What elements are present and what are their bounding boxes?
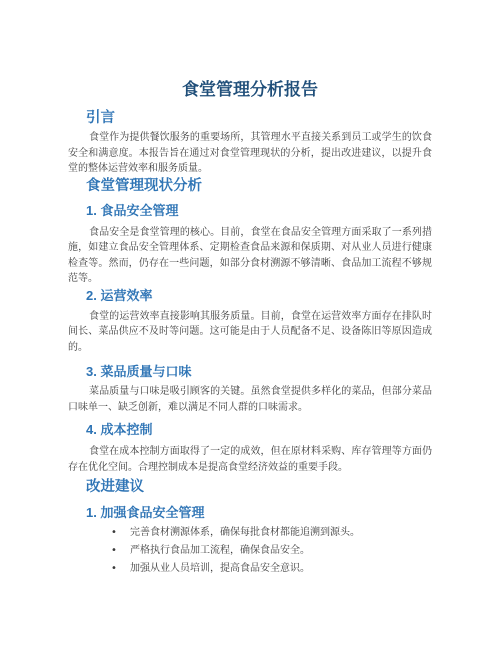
subsection-heading-cost-control: 4. 成本控制 <box>86 422 432 438</box>
document-content: 食堂管理分析报告 引言 食堂作为提供餐饮服务的重要场所，其管理水平直接关系到员工… <box>0 80 500 578</box>
dish-quality-paragraph: 菜品质量与口味是吸引顾客的关键。虽然食堂提供多样化的菜品，但部分菜品口味单一、缺… <box>68 384 432 415</box>
bullet-icon: • <box>111 560 117 578</box>
bullet-item: • 完善食材溯源体系，确保每批食材都能追溯到源头。 <box>68 524 432 542</box>
subsection-heading-strengthen-food-safety: 1. 加强食品安全管理 <box>86 505 432 521</box>
cost-control-paragraph: 食堂在成本控制方面取得了一定的成效，但在原材料采购、库存管理等方面仍存在优化空间… <box>68 444 432 475</box>
document-title: 食堂管理分析报告 <box>68 80 432 100</box>
subsection-heading-dish-quality: 3. 菜品质量与口味 <box>86 364 432 380</box>
bullet-text: 严格执行食品加工流程，确保食品安全。 <box>130 545 310 556</box>
subsection-heading-food-safety: 1. 食品安全管理 <box>86 203 432 219</box>
bullet-item: • 加强从业人员培训，提高食品安全意识。 <box>68 560 432 578</box>
introduction-paragraph: 食堂作为提供餐饮服务的重要场所，其管理水平直接关系到员工或学生的饮食安全和满意度… <box>68 130 432 177</box>
operational-efficiency-paragraph: 食堂的运营效率直接影响其服务质量。目前，食堂在运营效率方面存在排队时间长、菜品供… <box>68 309 432 356</box>
section-heading-introduction: 引言 <box>86 109 432 128</box>
food-safety-paragraph: 食品安全是食堂管理的核心。目前，食堂在食品安全管理方面采取了一系列措施，如建立食… <box>68 225 432 287</box>
section-heading-improvement-suggestions: 改进建议 <box>86 478 432 497</box>
bullet-text: 加强从业人员培训，提高食品安全意识。 <box>130 563 310 574</box>
bullet-text: 完善食材溯源体系，确保每批食材都能追溯到源头。 <box>130 527 360 538</box>
bullet-item: • 严格执行食品加工流程，确保食品安全。 <box>68 542 432 560</box>
bullet-icon: • <box>111 524 117 542</box>
subsection-heading-operational-efficiency: 2. 运营效率 <box>86 288 432 304</box>
document-page: 食堂管理分析报告 引言 食堂作为提供餐饮服务的重要场所，其管理水平直接关系到员工… <box>0 0 500 647</box>
section-heading-current-status: 食堂管理现状分析 <box>86 177 432 196</box>
bullet-icon: • <box>111 542 117 560</box>
suggestion-bullet-list: • 完善食材溯源体系，确保每批食材都能追溯到源头。 • 严格执行食品加工流程，确… <box>68 524 432 578</box>
